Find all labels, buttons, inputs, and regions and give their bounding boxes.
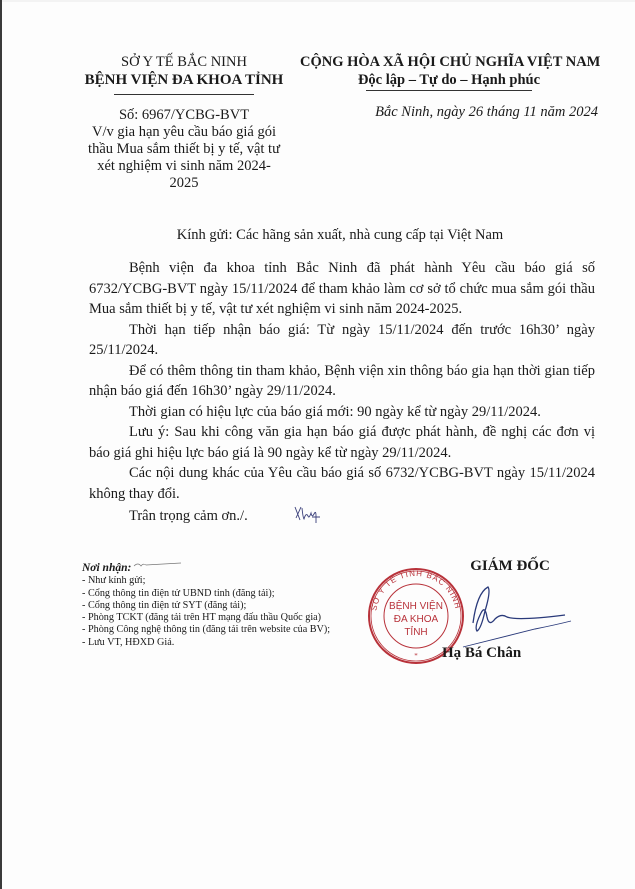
recipient-item: - Phòng TCKT (đăng tải trên HT mạng đấu …	[82, 612, 382, 624]
body-paragraph: Để có thêm thông tin tham khảo, Bệnh việ…	[89, 361, 595, 402]
document-number: Số: 6967/YCBG-BVT	[72, 107, 296, 124]
page-top-edge	[2, 0, 635, 2]
body-paragraph: Lưu ý: Sau khi công văn gia hạn báo giá …	[89, 422, 595, 463]
svg-text:*: *	[414, 652, 418, 660]
national-header: CỘNG HÒA XÃ HỘI CHỦ NGHĨA VIỆT NAM Độc l…	[300, 54, 598, 91]
recipient-item: - Lưu VT, HĐXD Giá.	[82, 637, 382, 649]
signer-name: Hạ Bá Chân	[442, 645, 521, 662]
svg-text:BỆNH VIỆN: BỆNH VIỆN	[389, 599, 443, 612]
salutation: Kính gửi: Các hãng sản xuất, nhà cung cấ…	[80, 227, 600, 244]
recipients-list: Nơi nhận: - Như kính gửi; - Cổng thông t…	[82, 561, 382, 649]
svg-text:ĐA KHOA: ĐA KHOA	[394, 614, 439, 625]
closing-text: Trân trọng cảm ơn./.	[129, 508, 248, 524]
nation-name: CỘNG HÒA XÃ HỘI CHỦ NGHĨA VIỆT NAM	[300, 54, 598, 71]
body-paragraph: Bệnh viện đa khoa tỉnh Bắc Ninh đã phát …	[89, 258, 595, 320]
organization-name: BỆNH VIỆN ĐA KHOA TỈNH	[72, 71, 296, 89]
recipient-item: - Cổng thông tin điện tử UBND tỉnh (đăng…	[82, 588, 382, 600]
department-name: SỞ Y TẾ BẮC NINH	[72, 54, 296, 71]
letter-body: Bệnh viện đa khoa tỉnh Bắc Ninh đã phát …	[89, 258, 595, 531]
body-paragraph: Các nội dung khác của Yêu cầu báo giá số…	[89, 463, 595, 504]
page-left-edge	[0, 0, 2, 889]
motto-underline	[366, 90, 532, 91]
closing-line: Trân trọng cảm ơn./.	[89, 504, 595, 531]
svg-text:TỈNH: TỈNH	[404, 625, 427, 638]
initials-icon	[133, 561, 183, 573]
recipient-item: - Như kính gửi;	[82, 575, 382, 587]
header-underline	[114, 94, 254, 95]
recipients-title: Nơi nhận:	[82, 561, 131, 575]
dateline: Bắc Ninh, ngày 26 tháng 11 năm 2024	[300, 104, 598, 121]
body-paragraph: Thời gian có hiệu lực của báo giá mới: 9…	[89, 402, 595, 423]
body-paragraph: Thời hạn tiếp nhận báo giá: Từ ngày 15/1…	[89, 320, 595, 361]
recipient-item: - Phòng Công nghệ thông tin (đăng tải tr…	[82, 624, 382, 636]
national-motto: Độc lập – Tự do – Hạnh phúc	[300, 71, 598, 89]
document-subject: V/v gia hạn yêu cầu báo giá gói thầu Mua…	[84, 124, 284, 192]
handwritten-signature-icon	[455, 583, 575, 653]
recipient-item: - Cổng thông tin điện tử SYT (đăng tải);	[82, 600, 382, 612]
initials-icon	[252, 504, 322, 531]
issuer-header: SỞ Y TẾ BẮC NINH BỆNH VIỆN ĐA KHOA TỈNH …	[72, 54, 296, 192]
